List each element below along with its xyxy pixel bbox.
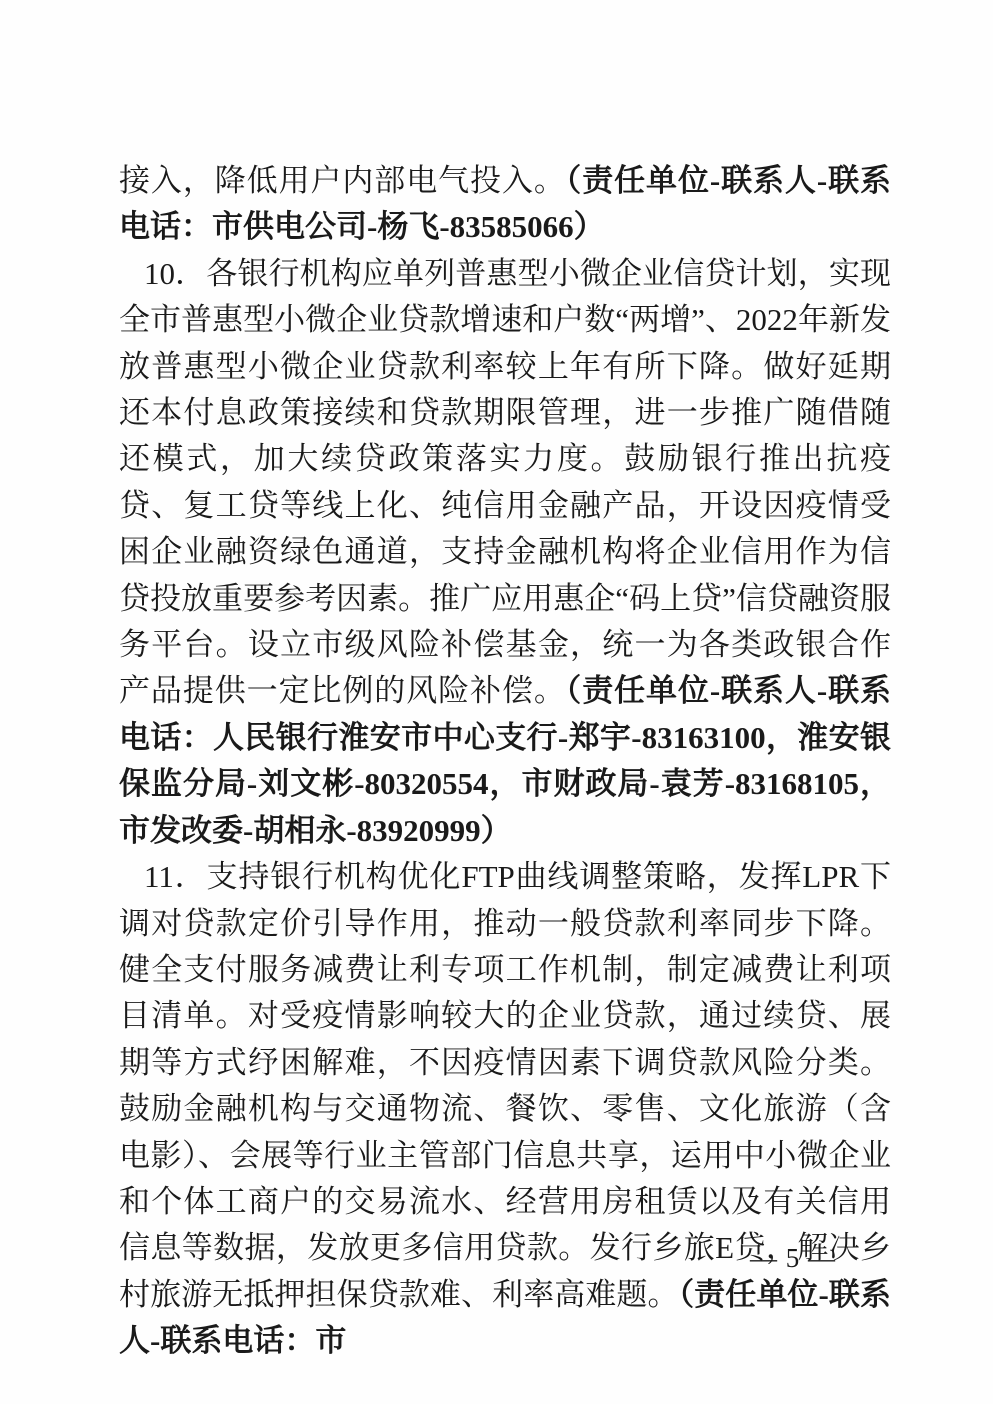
page-number: — 5 —: [750, 1243, 850, 1274]
paragraph: 接入，降低用户内部电气投入。（责任单位-联系人-联系电话：市供电公司-杨飞-83…: [119, 158, 891, 251]
document-body: 接入，降低用户内部电气投入。（责任单位-联系人-联系电话：市供电公司-杨飞-83…: [119, 158, 891, 1365]
document-page: 接入，降低用户内部电气投入。（责任单位-联系人-联系电话：市供电公司-杨飞-83…: [0, 0, 993, 1404]
paragraph: 11．支持银行机构优化FTP曲线调整策略，发挥LPR下调对贷款定价引导作用，推动…: [119, 854, 891, 1364]
body-text: 接入，降低用户内部电气投入。: [119, 163, 566, 198]
body-text: 10．各银行机构应单列普惠型小微企业信贷计划，实现全市普惠型小微企业贷款增速和户…: [119, 256, 891, 709]
paragraph: 10．各银行机构应单列普惠型小微企业信贷计划，实现全市普惠型小微企业贷款增速和户…: [119, 251, 891, 854]
